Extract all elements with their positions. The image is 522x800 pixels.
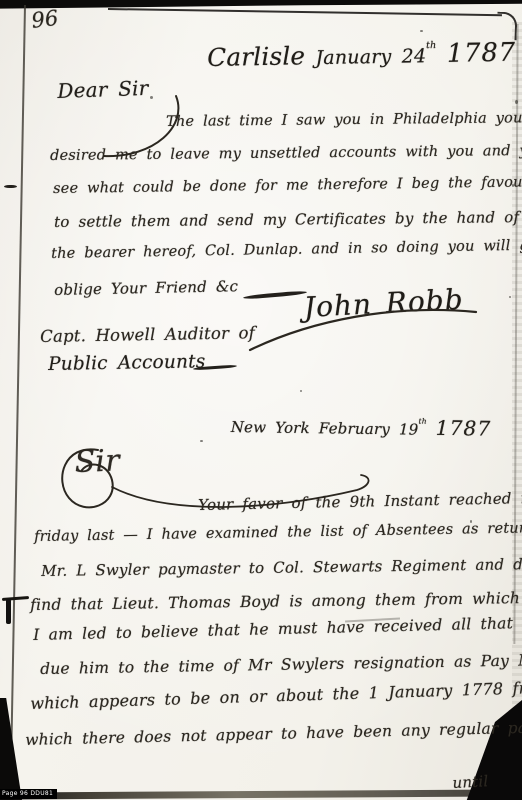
speck [300,390,302,392]
signature-flourish [246,296,482,354]
letter1-dateline-year: 1787 [447,38,517,69]
letter1-body-line: the bearer hereof, Col. Dunlap. and in s… [51,237,522,262]
page-border-left [9,5,25,799]
letter1-dateline-day: January 24 [315,45,426,69]
speck [509,296,511,298]
letter1-addressee-line: Capt. Howell Auditor of [40,323,255,346]
speck [200,440,203,442]
letter2-body-line: friday last — I have examined the list o… [34,519,522,545]
speck [90,700,92,702]
letter2-body-line: due him to the time of Mr Swylers resign… [40,651,522,678]
speck [470,520,472,523]
document-scan: 96 Carlisle January 24th 1787 Dear Sir T… [0,0,522,800]
letter1-body-line: The last time I saw you in Philadelphia … [166,110,522,130]
margin-ink-blot [6,599,11,624]
letter2-body-line: I am led to believe that he must have re… [33,613,522,644]
letter2-body-line: which there does not appear to have been… [25,717,522,749]
scan-top-edge [0,0,522,9]
letter2-dateline-day: February 19 [319,419,419,438]
letter1-dateline: Carlisle January 24th 1787 [207,38,516,73]
letter1-dateline-ordinal: th [426,40,437,51]
speck [420,30,423,32]
letter1-addressee-line: Public Accounts [48,351,206,375]
letter2-dateline: New York February 19th 1787 [231,413,492,441]
speck [515,100,518,104]
letter2-dateline-place: New York [231,418,310,437]
letter2-dateline-ordinal: th [418,416,426,425]
letter2-body-line: find that Lieut. Thomas Boyd is among th… [30,589,520,614]
letter1-body-line: see what could be done for me therefore … [53,174,522,197]
letter1-body-line: to settle them and send my Certificates … [54,208,519,231]
catchword: until [452,772,489,792]
page-bottom-edge [14,790,498,800]
speck [150,96,153,99]
letter1-body-line: oblige Your Friend &c [54,277,238,299]
letter2-body-line: Mr. L Swyler paymaster to Col. Stewarts … [41,555,522,580]
letter2-dateline-year: 1787 [435,416,491,441]
margin-dash [4,185,17,188]
scan-footer-label: Page 96 DDU81 [0,789,57,799]
speck [512,184,514,187]
page-border-top [108,8,502,16]
letter1-dateline-place: Carlisle [207,41,305,72]
letter2-body-line: which appears to be on or about the 1 Ja… [30,678,522,713]
page-number: 96 [30,6,60,33]
